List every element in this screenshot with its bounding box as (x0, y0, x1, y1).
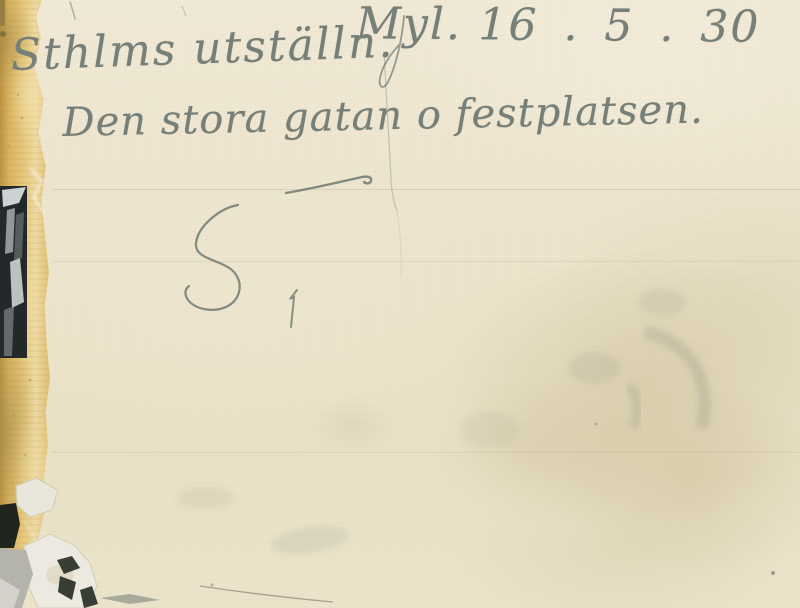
paper-fiber-line (52, 189, 800, 190)
handwritten-date: 16 . 5 . 30 (478, 0, 760, 53)
photo-back: Myl. 16 . 5 . 30 Sthlms utställn. Den st… (0, 0, 800, 608)
handwritten-date-note: Myl. 16 . 5 . 30 (356, 0, 761, 53)
paper-fiber-line (52, 261, 800, 262)
paper-fiber-line (52, 452, 800, 453)
